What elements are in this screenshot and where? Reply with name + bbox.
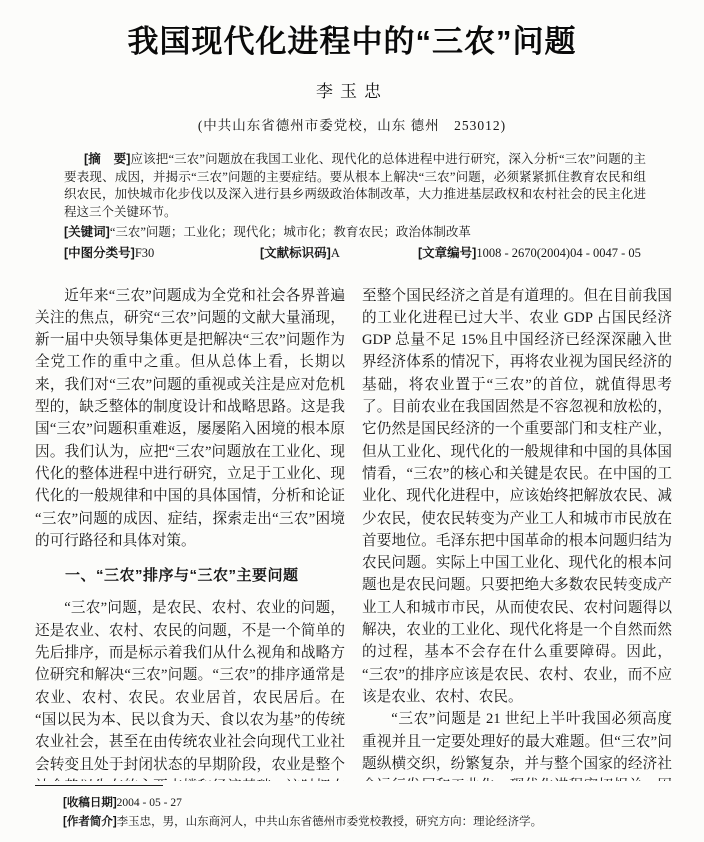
author-bio-label: [作者简介] — [63, 816, 117, 828]
author-name: 李玉忠 — [0, 77, 704, 102]
right-column: 至整个国民经济之首是有道理的。但在目前我国的工业化进程已过大半、农业 GDP 占… — [362, 285, 672, 781]
intro-paragraph: 近年来“三农”问题成为全党和社会各界普遍关注的焦点，研究“三农”问题的文献大量涌… — [35, 285, 345, 553]
abstract-label: [摘 要] — [84, 152, 130, 166]
clc-value: F30 — [135, 246, 154, 260]
abstract-text: 应该把“三农”问题放在我国工业化、现代化的总体进程中进行研究，深入分析“三农”问… — [64, 152, 646, 219]
keywords: [关键词]“三农”问题；工业化；现代化；城市化；教育农民；政治体制改革 — [64, 224, 646, 242]
author-bio-value: 李玉忠，男，山东商河人，中共山东省德州市委党校教授，研究方向：理论经济学。 — [117, 816, 543, 828]
abstract: [摘 要]应该把“三农”问题放在我国工业化、现代化的总体进程中进行研究，深入分析… — [64, 151, 646, 221]
author-affiliation: (中共山东省德州市委党校，山东 德州 253012) — [0, 114, 704, 134]
document-code-label: [文献标识码] — [260, 246, 331, 260]
document-code-value: A — [331, 246, 340, 260]
clc-label: [中图分类号] — [64, 246, 135, 260]
received-date-value: 2004 - 05 - 27 — [117, 797, 182, 809]
paper-title: 我国现代化进程中的“三农”问题 — [0, 0, 704, 61]
keywords-label: [关键词] — [64, 225, 110, 239]
paper-page: 我国现代化进程中的“三农”问题 李玉忠 (中共山东省德州市委党校，山东 德州 2… — [0, 0, 704, 842]
article-id-label: [文章编号] — [418, 246, 476, 260]
section1-paragraph-2: “三农”问题是 21 世纪上半叶我国必须高度重视并且一定要处理好的最大难题。但“… — [362, 708, 672, 780]
article-id-value: 1008 - 2670(2004)04 - 0047 - 05 — [476, 246, 641, 260]
received-date-label: [收稿日期] — [63, 797, 117, 809]
footnote-block: [收稿日期]2004 - 05 - 27 [作者简介]李玉忠，男，山东商河人，中… — [35, 785, 672, 832]
author-bio-line: [作者简介]李玉忠，男，山东商河人，中共山东省德州市委党校教授，研究方向：理论经… — [35, 813, 672, 832]
section1-paragraph: “三农”问题，是农民、农村、农业的问题，还是农业、农村、农民的问题，不是一个简单… — [35, 597, 345, 780]
body-columns: 近年来“三农”问题成为全党和社会各界普遍关注的焦点，研究“三农”问题的文献大量涌… — [35, 285, 672, 781]
section1-paragraph-continued: 至整个国民经济之首是有道理的。但在目前我国的工业化进程已过大半、农业 GDP 占… — [362, 285, 672, 709]
left-column: 近年来“三农”问题成为全党和社会各界普遍关注的焦点，研究“三农”问题的文献大量涌… — [35, 285, 345, 781]
article-id: [文章编号]1008 - 2670(2004)04 - 0047 - 05 — [418, 245, 641, 263]
document-code: [文献标识码]A — [260, 245, 418, 263]
received-date-line: [收稿日期]2004 - 05 - 27 — [35, 794, 672, 813]
footnote-divider — [35, 785, 163, 786]
clc-number: [中图分类号]F30 — [64, 245, 260, 263]
section-heading-1: 一、“三农”排序与“三农”主要问题 — [35, 565, 345, 587]
meta-block: [摘 要]应该把“三农”问题放在我国工业化、现代化的总体进程中进行研究，深入分析… — [64, 151, 646, 263]
keywords-text: “三农”问题；工业化；现代化；城市化；教育农民；政治体制改革 — [110, 225, 471, 239]
classification-line: [中图分类号]F30 [文献标识码]A [文章编号]1008 - 2670(20… — [64, 245, 646, 263]
